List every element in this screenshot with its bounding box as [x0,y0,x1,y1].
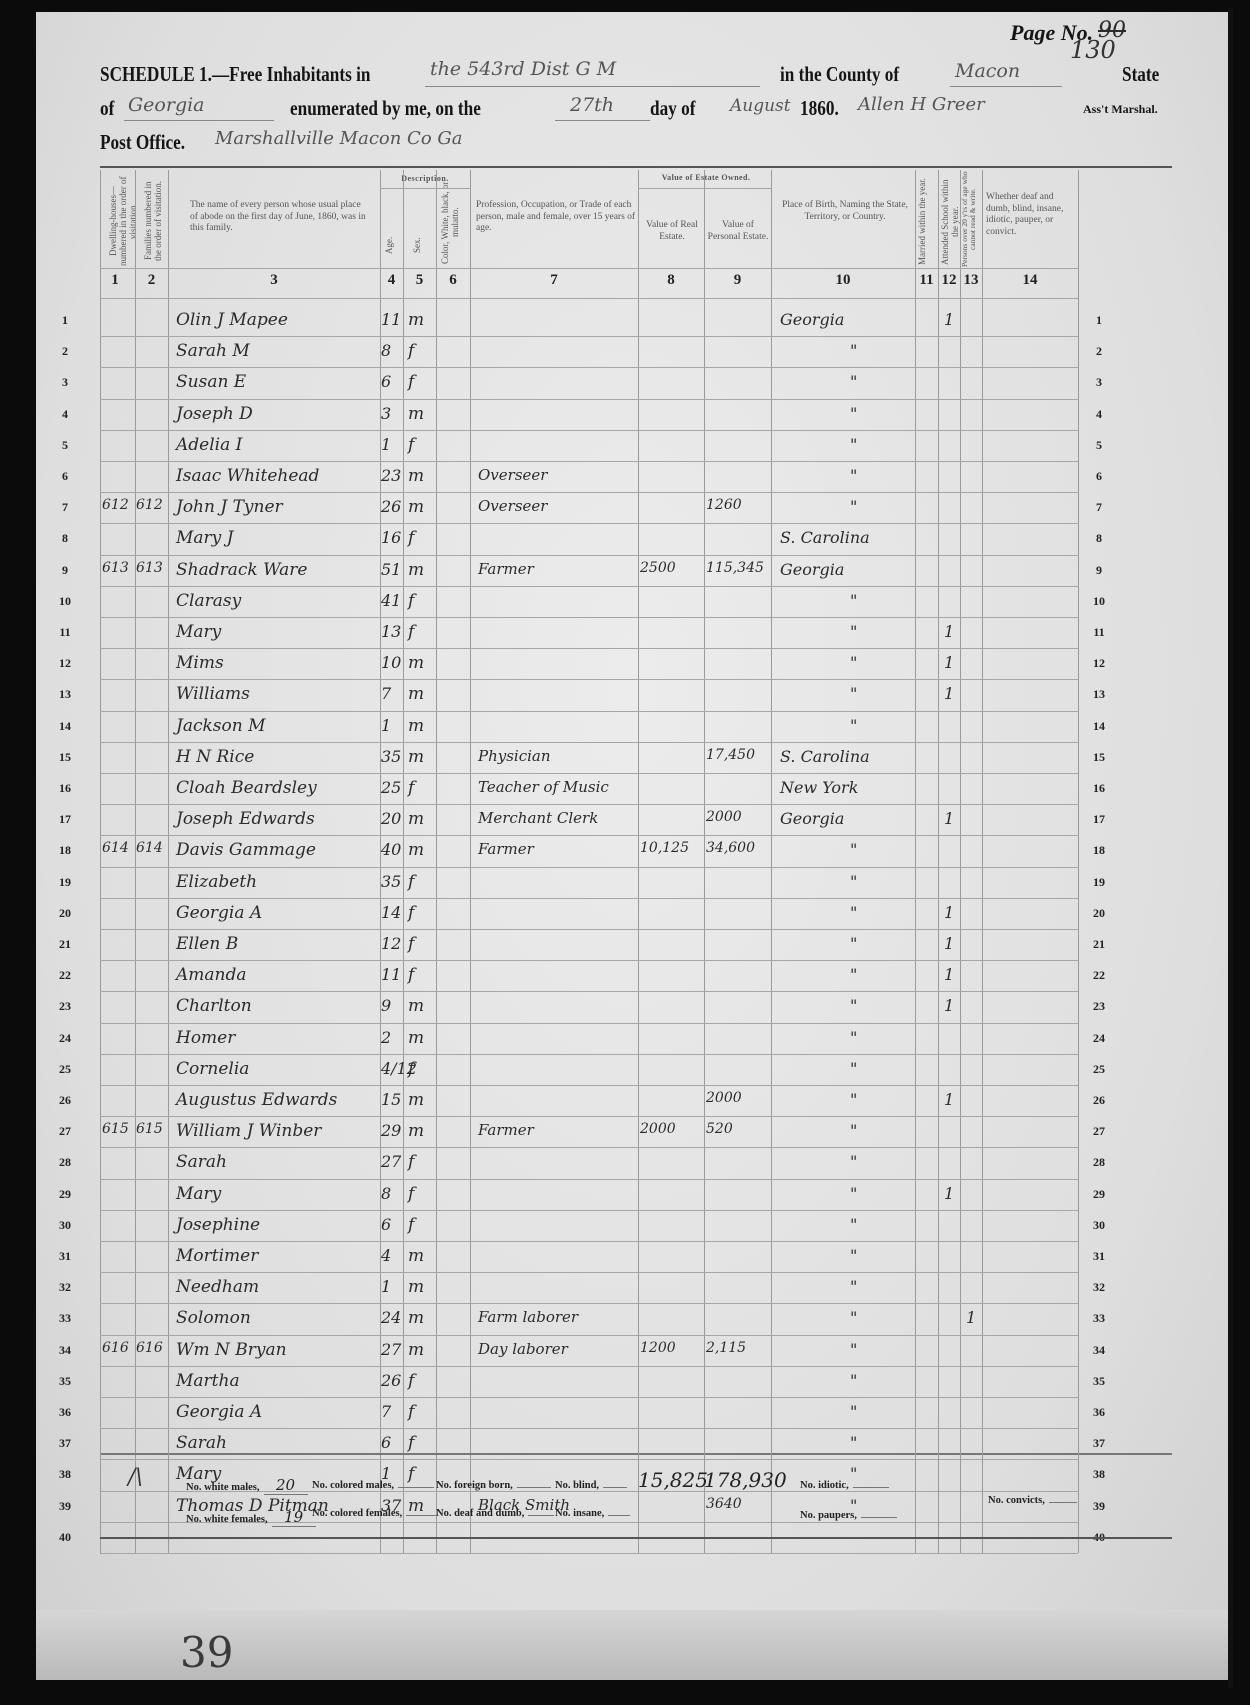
col6-header: Color, White, black, or mulatto. [440,180,466,265]
person-name: Mortimer [176,1246,258,1266]
line-number: 8 [50,531,80,546]
age: 35 [381,747,401,766]
line-number: 23 [50,999,80,1014]
line-number: 36 [1084,1405,1114,1420]
person-name: Augustus Edwards [176,1090,337,1110]
tally-mark: /\ [128,1465,143,1490]
line-number: 19 [50,875,80,890]
row-divider [100,1272,1078,1273]
age: 15 [381,1090,401,1109]
line-number: 20 [50,906,80,921]
idiotic-field: No. idiotic, [800,1480,889,1491]
row-divider [100,773,1078,774]
person-name: Sarah M [176,341,250,361]
line-number: 4 [1084,407,1114,422]
line-number: 33 [1084,1311,1114,1326]
page-number: 130 [1070,36,1116,64]
column-divider [960,170,961,1553]
line-number: 16 [50,781,80,796]
footer-top-rule [100,1453,1172,1455]
sex: f [408,872,414,892]
occupation: Farmer [478,1121,534,1139]
sex: m [408,1121,424,1141]
personal-estate-value: 2000 [706,1090,742,1106]
birthplace: " [850,934,857,953]
person-name: Georgia A [176,1402,262,1422]
age: 8 [381,341,391,360]
line-number: 32 [1084,1280,1114,1295]
attended-school: 1 [944,653,954,672]
person-name: Williams [176,684,250,704]
sex: f [408,528,414,548]
footer-left-border [100,1453,101,1537]
col9-header: Value of Personal Estate. [706,220,770,243]
age: 12 [381,934,401,953]
line-number: 21 [1084,937,1114,952]
row-divider [100,399,1078,400]
sex: f [408,1402,414,1422]
row-divider [100,1179,1078,1180]
birthplace: " [850,653,857,672]
real-estate-value: 2000 [640,1121,676,1137]
row-divider [100,367,1078,368]
sex: m [408,653,424,673]
age: 27 [381,1152,401,1171]
line-number: 33 [50,1311,80,1326]
person-name: Mary J [176,528,234,548]
col-number-3: 3 [168,272,380,289]
footer-divider [915,1453,916,1537]
sex: f [408,591,414,611]
col11-header: Married within the year. [917,176,937,268]
person-name: Clarasy [176,591,241,611]
line-number: 15 [50,750,80,765]
row-divider [100,1428,1078,1429]
col3-header: The name of every person whose usual pla… [190,200,370,235]
deaf-dumb-field: No. deaf and dumb, [436,1508,554,1519]
birthplace: " [850,965,857,984]
line-number: 9 [50,563,80,578]
row-divider [100,742,1078,743]
line-number: 1 [50,313,80,328]
person-name: Mary [176,1184,221,1204]
footer-divider [1078,1453,1079,1537]
real-estate-value: 2500 [640,560,676,576]
line-number: 18 [1084,843,1114,858]
line-number: 12 [1084,656,1114,671]
column-divider [470,170,471,1553]
row-divider [100,679,1078,680]
day-value: 27th [570,94,614,116]
sex: m [408,310,424,330]
attended-school: 1 [944,1090,954,1109]
row-divider [100,586,1078,587]
line-number: 7 [1084,500,1114,515]
attended-school: 1 [944,684,954,703]
line-number: 6 [50,469,80,484]
row-divider [100,648,1078,649]
footer-divider [960,1453,961,1537]
line-number: 31 [1084,1249,1114,1264]
person-name: Josephine [176,1215,260,1235]
line-number: 6 [1084,469,1114,484]
person-name: John J Tyner [176,497,283,517]
birthplace: " [850,1433,857,1452]
person-name: Olin J Mapee [176,310,288,330]
sex: m [408,560,424,580]
line-number: 7 [50,500,80,515]
family-number: 613 [136,560,163,576]
col-number-13: 13 [960,272,982,289]
birthplace: " [850,716,857,735]
col-number-6: 6 [436,272,470,289]
footer-divider [704,1453,705,1537]
personal-estate-value: 2000 [706,809,742,825]
occupation: Overseer [478,466,547,484]
sex: m [408,684,424,704]
sex: f [408,1215,414,1235]
line-number: 37 [1084,1436,1114,1451]
person-name: Wm N Bryan [176,1340,287,1360]
personal-estate-value: 3640 [706,1496,742,1512]
occupation: Merchant Clerk [478,809,598,827]
row-divider [100,1303,1078,1304]
col-number-8: 8 [638,272,704,289]
paupers-field: No. paupers, [800,1510,897,1521]
marshal-label: Ass't Marshal. [1083,102,1158,117]
sex: m [408,466,424,486]
col8-header: Value of Real Estate. [640,220,704,243]
col5-header: Sex. [412,225,430,265]
occupation: Overseer [478,497,547,515]
birthplace: " [850,1121,857,1140]
day-underline [555,120,650,121]
state-label: State [1122,62,1159,87]
line-number: 25 [1084,1062,1114,1077]
row-divider [100,1054,1078,1055]
age: 9 [381,996,391,1015]
county-label: in the County of [780,62,899,87]
age: 10 [381,653,401,672]
day-of-label: day of [650,96,695,121]
person-name: Georgia A [176,903,262,923]
row-divider [100,1366,1078,1367]
estate-header: Value of Estate Owned. [640,172,772,184]
line-number: 15 [1084,750,1114,765]
birthplace: New York [780,778,858,797]
person-name: Cornelia [176,1059,249,1079]
occupation: Teacher of Music [478,778,609,796]
insane-field: No. insane, [555,1508,630,1519]
personal-estate-value: 115,345 [706,560,764,576]
age: 20 [381,809,401,828]
line-number: 30 [1084,1218,1114,1233]
line-number: 18 [50,843,80,858]
occupation: Day laborer [478,1340,568,1358]
age: 16 [381,528,401,547]
real-estate-value: 1200 [640,1340,676,1356]
sex: f [408,1433,414,1453]
state-underline [124,120,274,121]
birthplace: S. Carolina [780,747,870,766]
birthplace: Georgia [780,560,844,579]
line-number: 38 [50,1467,80,1482]
row-divider [100,711,1078,712]
sex: m [408,497,424,517]
header-divider [638,188,771,189]
colored-males-field: No. colored males, [312,1480,434,1491]
header-divider [100,298,1078,299]
column-divider [915,170,916,1553]
line-number: 39 [50,1499,80,1514]
col-number-14: 14 [982,272,1078,289]
total-real-estate: 15,825 [638,1468,708,1492]
line-number: 13 [1084,687,1114,702]
person-name: Isaac Whitehead [176,466,319,486]
family-number: 615 [136,1121,163,1137]
line-number: 21 [50,937,80,952]
person-name: Mims [176,653,224,673]
birthplace: " [850,497,857,516]
person-name: Sarah [176,1433,227,1453]
white-females-value: 19 [272,1508,316,1527]
person-name: Susan E [176,372,246,392]
birthplace: " [850,1340,857,1359]
age: 7 [381,1402,391,1421]
age: 23 [381,466,401,485]
birthplace: " [850,903,857,922]
age: 13 [381,622,401,641]
post-office-label: Post Office. [100,130,185,155]
line-number: 3 [50,375,80,390]
header-rule [100,166,1172,168]
sex: m [408,809,424,829]
attended-school: 1 [944,903,954,922]
age: 1 [381,716,391,735]
col-number-7: 7 [470,272,638,289]
sex: m [408,1340,424,1360]
dwelling-number: 612 [102,497,129,513]
sex: f [408,934,414,954]
col12-header: Attended School within the year. [940,176,960,268]
year-label: 1860. [800,96,839,121]
column-divider [938,170,939,1553]
bottom-note: 39 [180,1628,233,1677]
line-number: 27 [1084,1124,1114,1139]
sex: f [408,372,414,392]
person-name: Elizabeth [176,872,257,892]
white-females-field: No. white females,19 [186,1508,316,1527]
sex: m [408,840,424,860]
line-number: 12 [50,656,80,671]
person-name: Amanda [176,965,247,985]
person-name: Homer [176,1028,235,1048]
person-name: Davis Gammage [176,840,316,860]
col10-header: Place of Birth, Naming the State, Territ… [780,200,910,223]
line-number: 39 [1084,1499,1114,1514]
month-value: August [730,96,791,116]
line-number: 3 [1084,375,1114,390]
age: 51 [381,560,401,579]
line-number: 29 [50,1187,80,1202]
birthplace: " [850,435,857,454]
col-number-9: 9 [704,272,771,289]
line-number: 31 [50,1249,80,1264]
sex: m [408,1090,424,1110]
personal-estate-value: 17,450 [706,747,755,763]
sex: f [408,778,414,798]
birthplace: " [850,1152,857,1171]
enumerated-label: enumerated by me, on the [290,96,481,121]
sex: m [408,747,424,767]
age: 8 [381,1184,391,1203]
line-number: 22 [1084,968,1114,983]
family-number: 614 [136,840,163,856]
state-of-label: of [100,96,114,121]
white-males-field: No. white males,20 [186,1476,308,1495]
col2-header: Families numbered in the order of visita… [143,176,165,266]
line-number: 20 [1084,906,1114,921]
col4-header: Age. [384,225,402,265]
post-office-value: Marshallville Macon Co Ga [215,128,463,149]
line-number: 14 [1084,719,1114,734]
age: 24 [381,1308,401,1327]
attended-school: 1 [944,1184,954,1203]
attended-school: 1 [944,310,954,329]
age: 40 [381,840,401,859]
row-divider [100,1147,1078,1148]
col-number-4: 4 [380,272,403,289]
cannot-read-write: 1 [966,1308,976,1327]
sex: f [408,965,414,985]
col-number-2: 2 [135,272,168,289]
line-number: 14 [50,719,80,734]
line-number: 2 [50,344,80,359]
district-underline [425,86,760,87]
person-name: Ellen B [176,934,238,954]
line-number: 30 [50,1218,80,1233]
line-number: 28 [50,1155,80,1170]
col7-header: Profession, Occupation, or Trade of each… [476,200,636,235]
row-divider [100,804,1078,805]
col-number-10: 10 [771,272,915,289]
line-number: 5 [50,438,80,453]
age: 6 [381,372,391,391]
attended-school: 1 [944,622,954,641]
attended-school: 1 [944,934,954,953]
row-divider [100,336,1078,337]
line-number: 40 [50,1530,80,1545]
line-number: 37 [50,1436,80,1451]
foreign-born-field: No. foreign born, [436,1480,551,1491]
person-name: Sarah [176,1152,227,1172]
age: 6 [381,1215,391,1234]
birthplace: " [850,996,857,1015]
person-name: Shadrack Ware [176,560,307,580]
col-number-11: 11 [915,272,938,289]
column-divider [704,170,705,1553]
colored-females-field: No. colored females, [312,1508,436,1519]
column-divider [436,170,437,1553]
age: 14 [381,903,401,922]
header-divider [380,188,470,189]
sex: m [408,1308,424,1328]
real-estate-value: 10,125 [640,840,689,856]
personal-estate-value: 1260 [706,497,742,513]
family-number: 612 [136,497,163,513]
row-divider [100,1210,1078,1211]
state-value: Georgia [128,94,205,116]
row-divider [100,1116,1078,1117]
line-number: 34 [50,1343,80,1358]
column-divider [982,170,983,1553]
age: 6 [381,1433,391,1452]
column-divider [638,170,639,1553]
row-divider [100,617,1078,618]
person-name: H N Rice [176,747,254,767]
row-divider [100,1241,1078,1242]
birthplace: " [850,840,857,859]
col-number-5: 5 [403,272,436,289]
person-name: Solomon [176,1308,251,1328]
line-number: 4 [50,407,80,422]
person-name: Mary [176,622,221,642]
personal-estate-value: 520 [706,1121,733,1137]
line-number: 11 [1084,625,1114,640]
person-name: Martha [176,1371,240,1391]
col-number-12: 12 [938,272,960,289]
line-number: 38 [1084,1467,1114,1482]
line-number: 17 [50,812,80,827]
line-number: 9 [1084,563,1114,578]
age: 26 [381,497,401,516]
birthplace: " [850,1402,857,1421]
sex: m [408,1277,424,1297]
occupation: Farm laborer [478,1308,578,1326]
family-number: 616 [136,1340,163,1356]
sex: f [408,622,414,642]
marshal-name: Allen H Greer [858,94,985,115]
col1-header: Dwelling-houses—numbered in the order of… [108,176,132,266]
line-number: 13 [50,687,80,702]
sex: m [408,404,424,424]
person-name: Charlton [176,996,252,1016]
age: 11 [381,310,401,329]
birthplace: " [850,1246,857,1265]
age: 11 [381,965,401,984]
footer-divider [771,1453,772,1537]
column-divider [168,170,169,1553]
sex: f [408,1059,414,1079]
birthplace: " [850,1215,857,1234]
age: 1 [381,435,391,454]
line-number: 24 [50,1031,80,1046]
footer-divider [638,1453,639,1537]
sex: f [408,435,414,455]
line-number: 25 [50,1062,80,1077]
age: 27 [381,1340,401,1359]
personal-estate-value: 2,115 [706,1340,746,1356]
sex: m [408,716,424,736]
column-divider [100,170,101,1553]
birthplace: " [850,1371,857,1390]
row-divider [100,1023,1078,1024]
row-divider [100,929,1078,930]
age: 3 [381,404,391,423]
line-number: 2 [1084,344,1114,359]
birthplace: " [850,341,857,360]
age: 1 [381,1277,391,1296]
